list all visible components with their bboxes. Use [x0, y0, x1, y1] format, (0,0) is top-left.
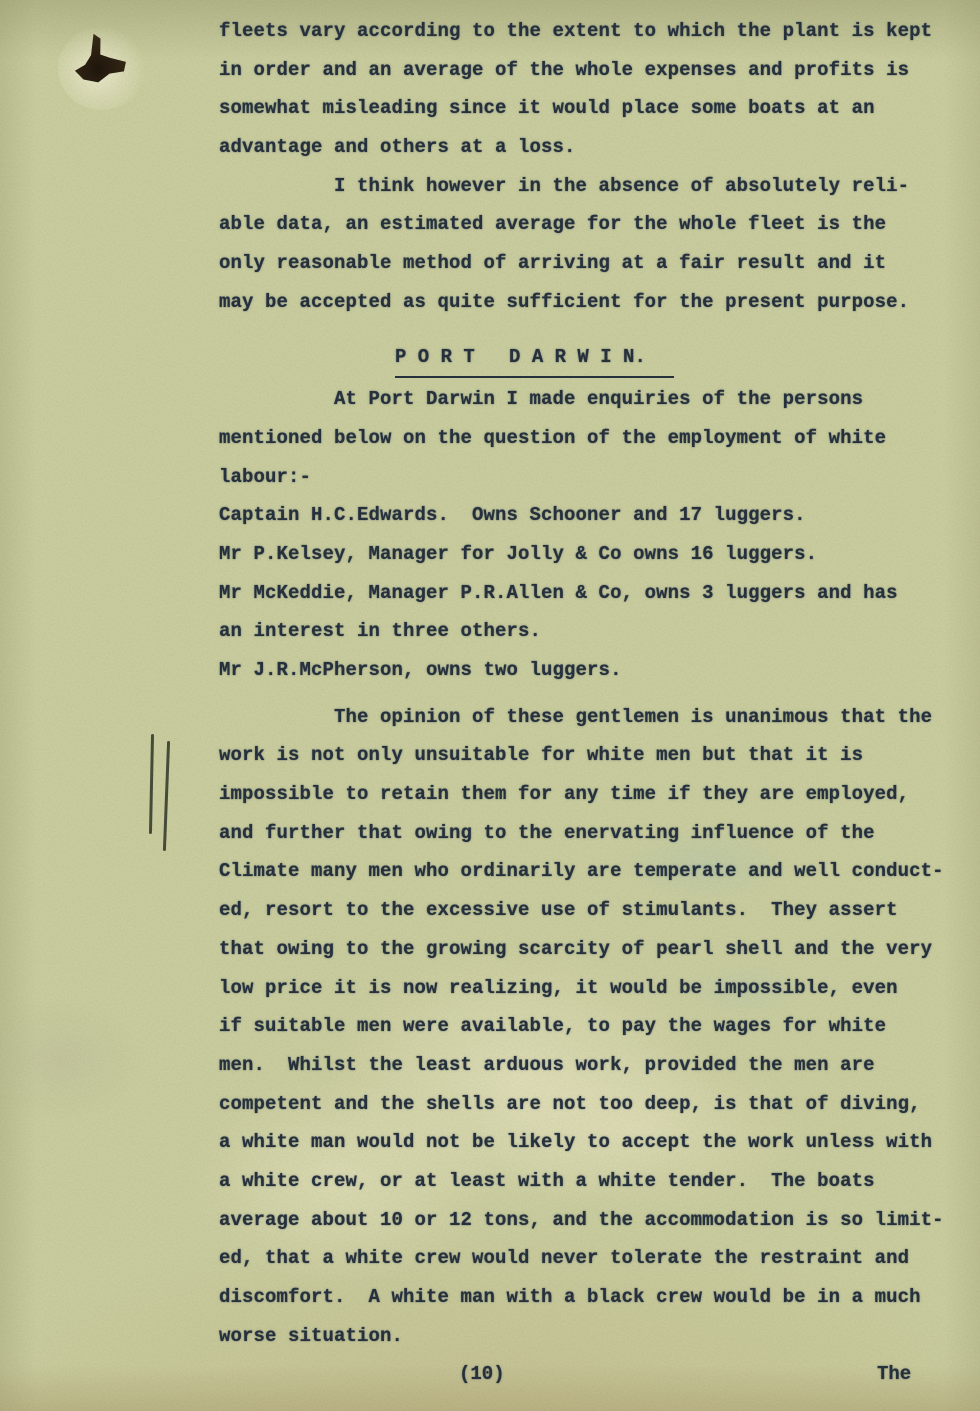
list-item: Captain H.C.Edwards. Owns Schooner and 1… [219, 496, 949, 535]
list-item: an interest in three others. [219, 612, 949, 651]
text-line: may be accepted as quite sufficient for … [219, 283, 949, 322]
text-line: Climate many men who ordinarily are temp… [219, 852, 949, 891]
text-line: competent and the shells are not too dee… [219, 1085, 949, 1124]
text-line: only reasonable method of arriving at a … [219, 244, 949, 283]
text-line: ed, that a white crew would never tolera… [219, 1239, 949, 1278]
text-line: The opinion of these gentlemen is unanim… [219, 698, 949, 737]
list-item: Mr J.R.McPherson, owns two luggers. [219, 651, 949, 690]
text-line: somewhat misleading since it would place… [219, 89, 949, 128]
text-line: worse situation. [219, 1317, 949, 1356]
text-line: a white man would not be likely to accep… [219, 1123, 949, 1162]
text-line: if suitable men were available, to pay t… [219, 1007, 949, 1046]
text-line: I think however in the absence of absolu… [219, 167, 949, 206]
text-line: average about 10 or 12 tons, and the acc… [219, 1201, 949, 1240]
text-line: a white crew, or at least with a white t… [219, 1162, 949, 1201]
section-heading-text: P O R T D A R W I N. [395, 338, 674, 379]
margin-pen-stroke [149, 734, 154, 834]
typed-text-body: fleets vary according to the extent to w… [219, 12, 949, 1394]
text-line: advantage and others at a loss. [219, 128, 949, 167]
person-list: Captain H.C.Edwards. Owns Schooner and 1… [219, 496, 949, 689]
margin-pen-stroke [163, 741, 170, 851]
page-number: (10) [459, 1355, 505, 1394]
text-line: and further that owing to the enervating… [219, 814, 949, 853]
text-line: impossible to retain them for any time i… [219, 775, 949, 814]
text-line: able data, an estimated average for the … [219, 205, 949, 244]
text-line: labour:- [219, 458, 949, 497]
paragraph: I think however in the absence of absolu… [219, 167, 949, 322]
text-line: men. Whilst the least arduous work, prov… [219, 1046, 949, 1085]
list-item: Mr P.Kelsey, Manager for Jolly & Co owns… [219, 535, 949, 574]
text-line: discomfort. A white man with a black cre… [219, 1278, 949, 1317]
text-line: At Port Darwin I made enquiries of the p… [219, 380, 949, 419]
text-line: work is not only unsuitable for white me… [219, 736, 949, 775]
catchword: The [877, 1355, 911, 1394]
document-page: fleets vary according to the extent to w… [0, 0, 980, 1411]
text-line: fleets vary according to the extent to w… [219, 12, 949, 51]
list-item: Mr McKeddie, Manager P.R.Allen & Co, own… [219, 574, 949, 613]
section-heading: P O R T D A R W I N. [219, 338, 949, 377]
text-line: in order and an average of the whole exp… [219, 51, 949, 90]
paragraph: fleets vary according to the extent to w… [219, 12, 949, 167]
text-line: ed, resort to the excessive use of stimu… [219, 891, 949, 930]
text-line: mentioned below on the question of the e… [219, 419, 949, 458]
text-line: low price it is now realizing, it would … [219, 969, 949, 1008]
paragraph: At Port Darwin I made enquiries of the p… [219, 380, 949, 496]
paragraph: The opinion of these gentlemen is unanim… [219, 698, 949, 1356]
page-footer: (10) The [219, 1355, 949, 1394]
text-line: that owing to the growing scarcity of pe… [219, 930, 949, 969]
